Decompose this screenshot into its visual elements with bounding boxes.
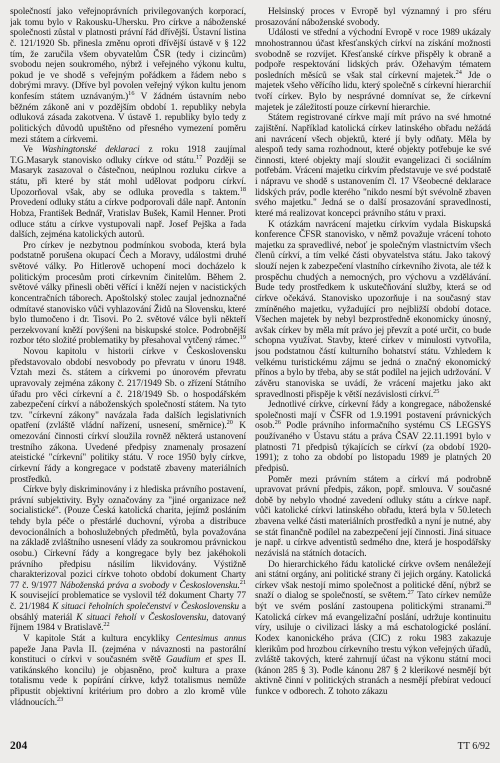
paragraph: Ve Washingtonské deklaraci z roku 1918 z… [10, 145, 246, 241]
paragraph: Poměr mezi právním státem a církví má po… [255, 475, 491, 560]
two-column-text-block: společností jako veřejnoprávních privile… [10, 7, 491, 719]
paragraph: Jednotlivé církve, církevní řády a kongr… [255, 400, 491, 474]
text-column-left: společností jako veřejnoprávních privile… [10, 7, 246, 719]
paragraph: Církve byly diskriminovány i z hlediska … [10, 485, 246, 634]
page-number: 204 [10, 740, 27, 752]
paragraph: Do hierarchického řádu katolické církve … [255, 560, 491, 698]
journal-page: společností jako veřejnoprávních privile… [0, 0, 500, 763]
page-footer: 204 TT 6/92 [10, 740, 490, 752]
paragraph: K otázkám navrácení majetku církvím vyda… [255, 220, 491, 401]
paragraph: Události ve střední a východní Evropě v … [255, 28, 491, 113]
paragraph: Státem registrované církve mají mít práv… [255, 113, 491, 219]
paragraph: Pro církev je nezbytnou podmínkou svobod… [10, 241, 246, 347]
paragraph: Helsinský proces v Evropě byl významný i… [255, 7, 491, 28]
paragraph: V kapitole Stát a kultura encykliky Cent… [10, 634, 246, 708]
issue-reference: TT 6/92 [458, 741, 490, 752]
paragraph: Novou kapitolu v historii církve v Česko… [10, 347, 246, 485]
paragraph: společností jako veřejnoprávních privile… [10, 7, 246, 145]
text-column-right: Helsinský proces v Evropě byl významný i… [255, 7, 491, 719]
